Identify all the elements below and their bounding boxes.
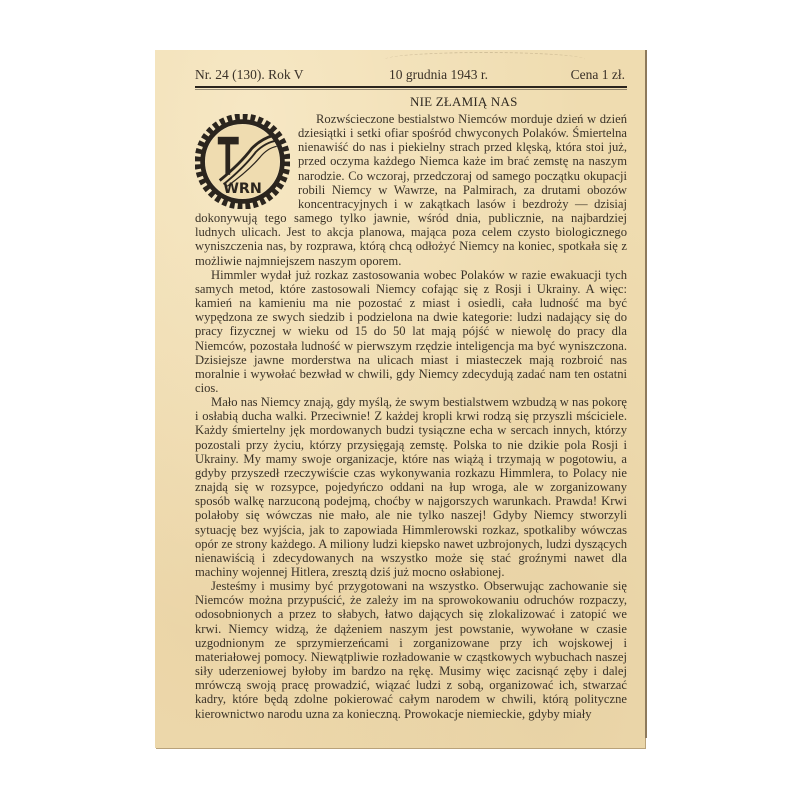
article-title: NIE ZŁAMIĄ NAS: [410, 94, 518, 110]
issue-price: Cena 1 zł.: [571, 67, 625, 83]
masthead: Nr. 24 (130). Rok V 10 grudnia 1943 r. C…: [195, 67, 625, 87]
logo-text: WRN: [223, 181, 262, 197]
paragraph: Mało nas Niemcy znają, gdy myślą, że swy…: [195, 395, 627, 579]
issue-number: Nr. 24 (130). Rok V: [195, 67, 304, 83]
masthead-rule: [195, 86, 627, 88]
show-through-marks: [385, 52, 585, 67]
paragraph: Himmler wydał już rozkaz zastosowania wo…: [195, 268, 627, 395]
paragraph: Jesteśmy i musimy być przygotowani na ws…: [195, 579, 627, 721]
issue-date: 10 grudnia 1943 r.: [389, 67, 488, 83]
wrn-gear-hammer-scythe-icon: WRN: [195, 114, 290, 209]
newspaper-page: Nr. 24 (130). Rok V 10 grudnia 1943 r. C…: [155, 50, 645, 748]
masthead-rule-thin: [195, 89, 627, 90]
